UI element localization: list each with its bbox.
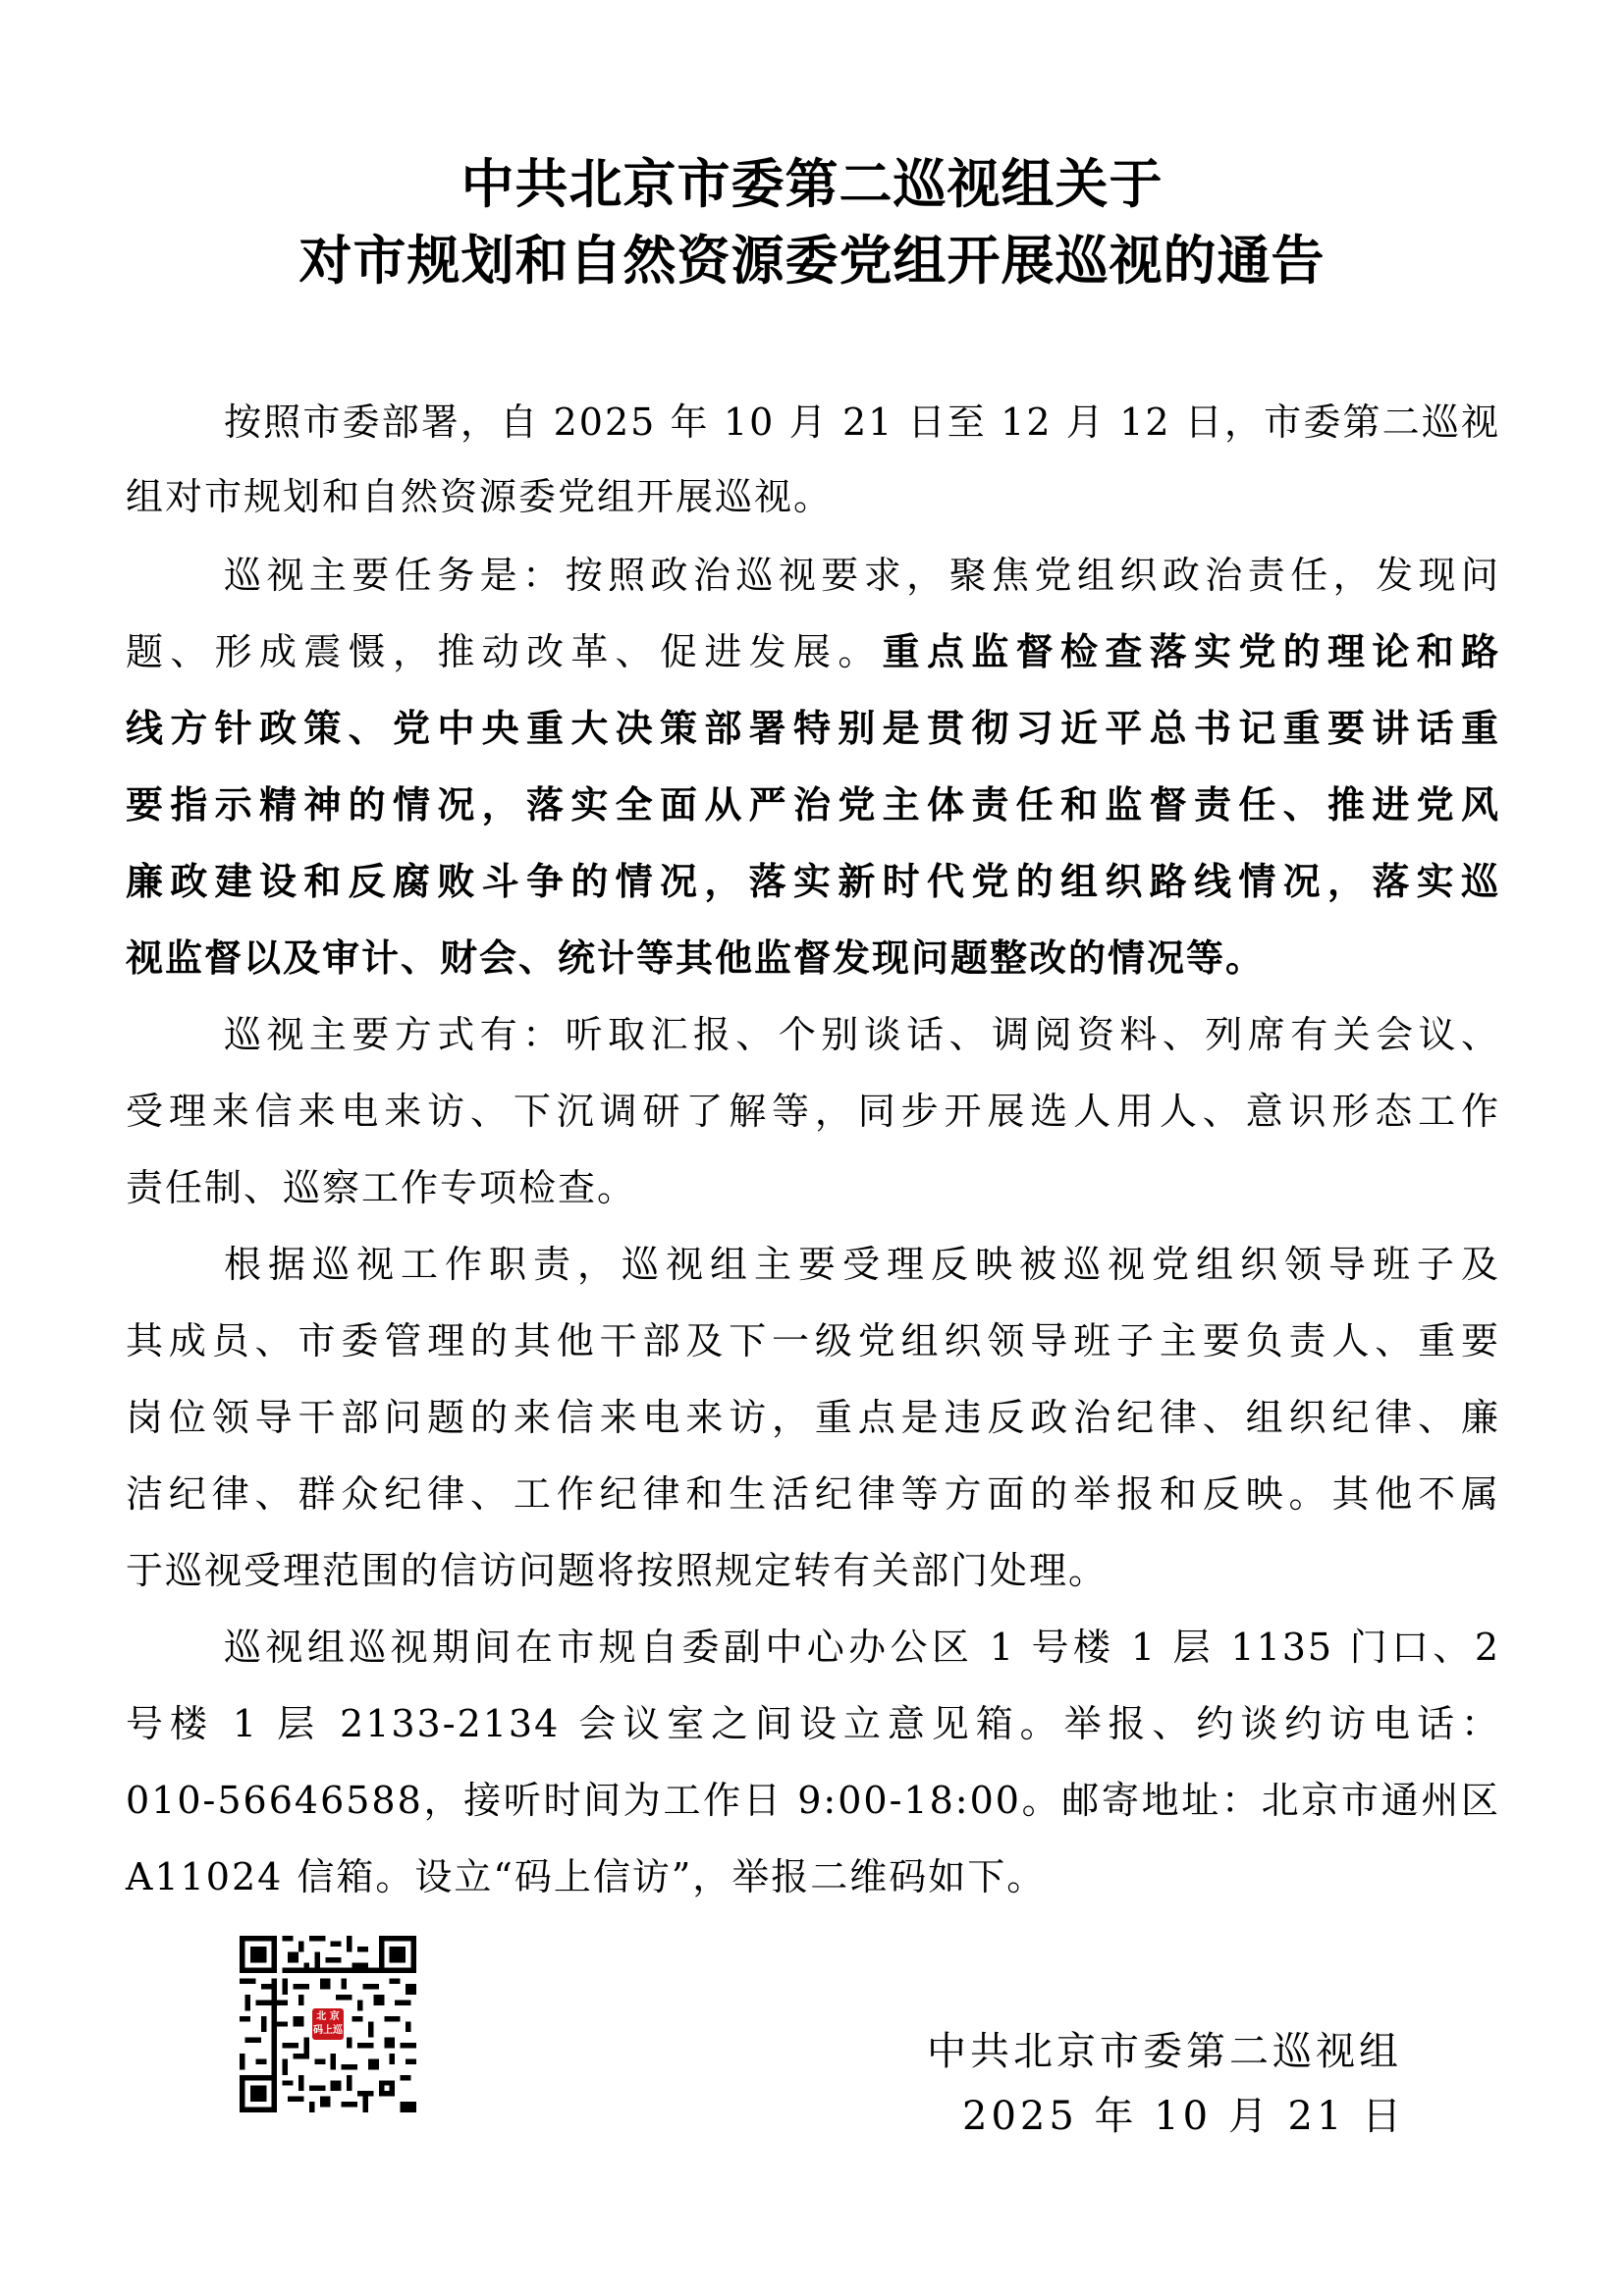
paragraph-5-line-1: 巡视组巡视期间在市规自委副中心办公区 1 号楼 1 层 1135 门口、2 [224,1610,1500,1684]
paragraph-2-line-2-normal: 题、形成震慑，推动改革、促进发展。 [126,630,883,673]
paragraph-4-line-4: 洁纪律、群众纪律、工作纪律和生活纪律等方面的举报和反映。其他不属 [126,1457,1500,1531]
paragraph-5-line-4: A11024 信箱。设立“码上信访”，举报二维码如下。 [126,1840,1500,1914]
paragraph-4-line-3: 岗位领导干部问题的来信来电来访，重点是违反政治纪律、组织纪律、廉 [126,1380,1500,1455]
paragraph-5-line-2: 号楼 1 层 2133-2134 会议室之间设立意见箱。举报、约谈约访电话： [126,1686,1500,1761]
beijing-inspection-logo: 北 京 码上巡 [312,2008,344,2040]
paragraph-4-line-2: 其成员、市委管理的其他干部及下一级党组织领导班子主要负责人、重要 [126,1304,1500,1378]
paragraph-2-line-6: 视监督以及审计、财会、统计等其他监督发现问题整改的情况等。 [126,921,1500,995]
paragraph-3-line-2: 受理来信来电来访、下沉调研了解等，同步开展选人用人、意识形态工作 [126,1074,1500,1148]
paragraph-2-line-3: 线方针政策、党中央重大决策部署特别是贯彻习近平总书记重要讲话重 [126,691,1500,766]
document-title-line-1: 中共北京市委第二巡视组关于 [0,145,1624,224]
paragraph-1-line-1: 按照市委部署，自 2025 年 10 月 21 日至 12 月 12 日，市委第… [224,385,1500,459]
qr-logo-line-2: 码上巡 [312,2024,344,2038]
paragraph-2-line-2: 题、形成震慑，推动改革、促进发展。重点监督检查落实党的理论和路 [126,614,1500,689]
paragraph-5-line-3: 010-56646588，接听时间为工作日 9:00-18:00。邮寄地址：北京… [126,1763,1500,1838]
paragraph-2-line-2-bold: 重点监督检查落实党的理论和路 [883,630,1500,673]
paragraph-1-line-2: 组对市规划和自然资源委党组开展巡视。 [126,459,1500,534]
document-page: 中共北京市委第二巡视组关于 对市规划和自然资源委党组开展巡视的通告 按照市委部署… [0,0,1624,2296]
paragraph-2-line-1: 巡视主要任务是：按照政治巡视要求，聚焦党组织政治责任，发现问 [224,538,1500,613]
paragraph-3-line-3: 责任制、巡察工作专项检查。 [126,1150,1500,1225]
report-qr-code[interactable]: 北 京 码上巡 [240,1936,416,2112]
qr-logo-line-1: 北 京 [312,2010,344,2024]
signature-organization: 中共北京市委第二巡视组 [927,2022,1402,2081]
paragraph-2-line-4: 要指示精神的情况，落实全面从严治党主体责任和监督责任、推进党风 [126,768,1500,842]
signature-date: 2025 年 10 月 21 日 [962,2087,1405,2146]
paragraph-4-line-5: 于巡视受理范围的信访问题将按照规定转有关部门处理。 [126,1533,1500,1608]
document-title-line-2: 对市规划和自然资源委党组开展巡视的通告 [0,222,1624,300]
paragraph-4-line-1: 根据巡视工作职责，巡视组主要受理反映被巡视党组织领导班子及 [224,1227,1500,1302]
paragraph-3-line-1: 巡视主要方式有：听取汇报、个别谈话、调阅资料、列席有关会议、 [224,997,1500,1072]
paragraph-2-line-5: 廉政建设和反腐败斗争的情况，落实新时代党的组织路线情况，落实巡 [126,844,1500,919]
